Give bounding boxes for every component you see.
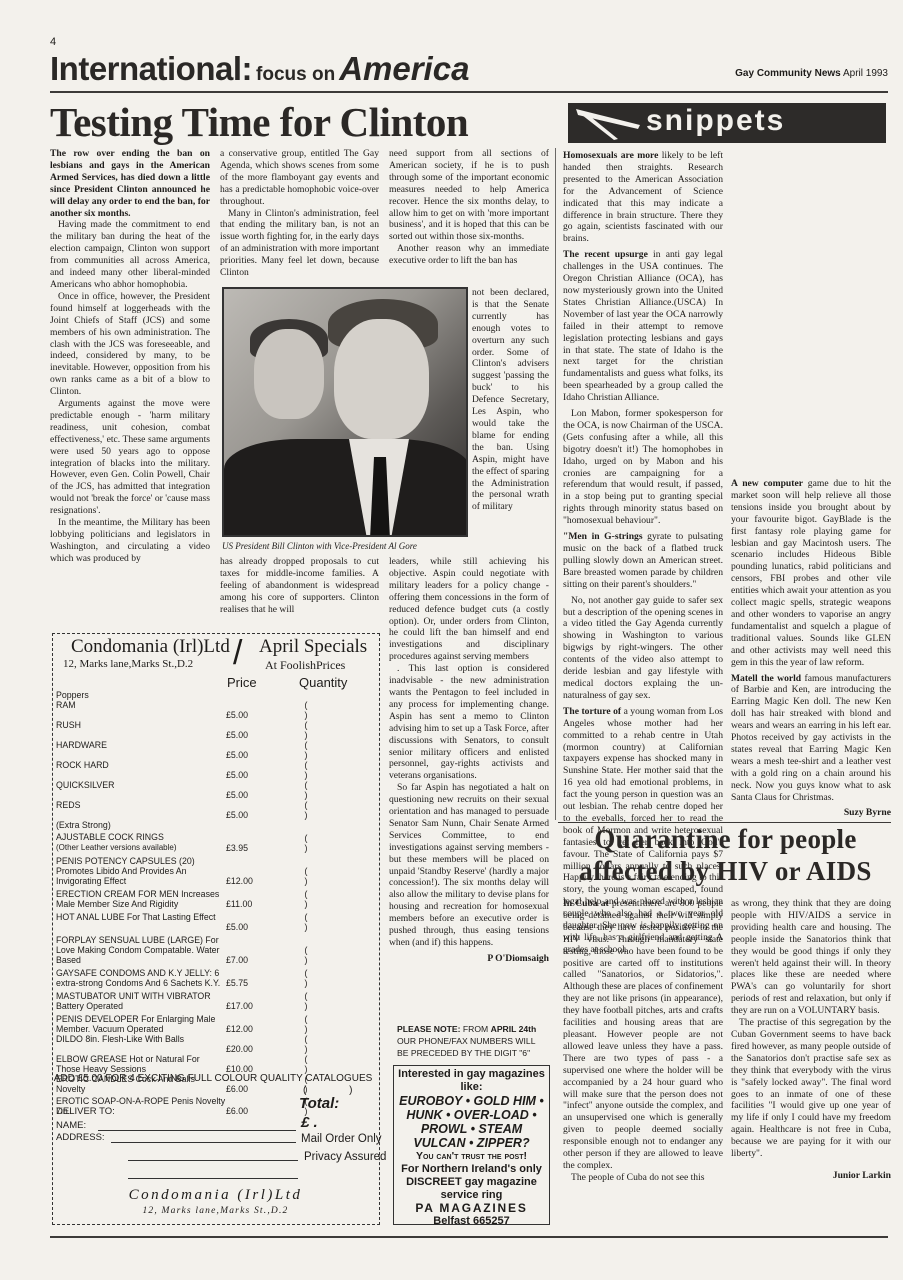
product-row: HARDWARE£5.00( ) bbox=[56, 740, 376, 760]
paragraph: The practise of this segregation by the … bbox=[731, 1017, 891, 1160]
name-label: NAME: bbox=[56, 1120, 86, 1131]
product-row: FORPLAY SENSUAL LUBE (LARGE) For Love Ma… bbox=[56, 935, 376, 965]
quantity-field[interactable]: ( ) bbox=[286, 991, 346, 1011]
paragraph: In Cuba at present there are 800 people … bbox=[563, 898, 723, 1172]
column-divider bbox=[555, 148, 556, 820]
paragraph: Many in Clinton's administration, feel t… bbox=[220, 208, 379, 279]
phone-notice: PLEASE NOTE: FROM APRIL 24th OUR PHONE/F… bbox=[397, 1023, 547, 1059]
masthead: Gay Community News April 1993 bbox=[735, 68, 888, 79]
snippet: Matell the world famous manufacturers of… bbox=[731, 673, 891, 804]
name-field[interactable] bbox=[98, 1130, 296, 1131]
product-row: GAYSAFE CONDOMS AND K.Y JELLY: 6 extra-s… bbox=[56, 968, 376, 988]
main-article-col3-top: need support from all sections of Americ… bbox=[389, 148, 549, 267]
snippet: A new computer game due to hit the marke… bbox=[731, 478, 891, 669]
section-header: International: focus on America bbox=[50, 50, 670, 88]
notice-prefix: PLEASE NOTE: bbox=[397, 1024, 461, 1034]
address-label: ADDRESS: bbox=[56, 1132, 105, 1143]
snippet: No, not another gay guide to safer sex b… bbox=[563, 595, 723, 702]
product-row: MASTUBATOR UNIT WITH VIBRATOR Battery Op… bbox=[56, 991, 376, 1011]
quantity-header: Quantity bbox=[299, 675, 347, 690]
specials-subtitle: At FoolishPrices bbox=[265, 658, 345, 673]
product-row: HOT ANAL LUBE For That Lasting Effect£5.… bbox=[56, 912, 376, 932]
condomania-order-form: Condomania (Irl)Ltd 12, Marks lane,Marks… bbox=[52, 633, 380, 1225]
paragraph: In the meantime, the Military has been l… bbox=[50, 517, 210, 565]
snippets-banner: snippets bbox=[568, 103, 886, 143]
quantity-field[interactable]: ( ) bbox=[286, 740, 346, 760]
paragraph: has already dropped proposals to cut tax… bbox=[220, 556, 379, 616]
main-article-col1: The row over ending the ban on lesbians … bbox=[50, 148, 210, 565]
snippet-continuation: The torture of a young woman from Los An… bbox=[731, 150, 891, 474]
notice-text: FROM bbox=[463, 1024, 488, 1034]
notice-rest: OUR PHONE/FAX NUMBERS WILL BE PRECEDED B… bbox=[397, 1036, 535, 1058]
shop-name: Condomania (Irl)Ltd bbox=[71, 636, 230, 658]
paragraph: The people of Cuba do not see this bbox=[563, 1172, 723, 1184]
product-row: (Extra Strong) bbox=[56, 820, 376, 830]
quantity-field[interactable]: ( ) bbox=[286, 968, 346, 988]
paragraph: Once in office, however, the President f… bbox=[50, 291, 210, 398]
section-region: America bbox=[339, 50, 469, 87]
quantity-field[interactable]: ( ) bbox=[286, 866, 346, 886]
quantity-field[interactable]: ( ) bbox=[286, 780, 346, 800]
price-header: Price bbox=[227, 675, 257, 690]
pa-magazines-ad: Interested in gay magazines like: EUROBO… bbox=[393, 1065, 550, 1225]
product-row: QUICKSILVER£5.00( ) bbox=[56, 780, 376, 800]
shop-address: 12, Marks lane,Marks St.,D.2 bbox=[63, 658, 193, 670]
snippets-col2: The torture of a young woman from Los An… bbox=[731, 150, 891, 820]
address-field-line2[interactable] bbox=[128, 1160, 298, 1161]
catalogue-offer: ADD £5.00 FOR 4 EXCITING FULL COLOUR QUA… bbox=[53, 1072, 373, 1085]
main-article-col2-bottom: has already dropped proposals to cut tax… bbox=[220, 556, 379, 616]
ad-intro: Interested in gay magazines like: bbox=[394, 1068, 549, 1094]
divider-slash: / bbox=[233, 634, 242, 673]
ad-name: PA MAGAZINES bbox=[394, 1202, 549, 1215]
product-row: RUSH£5.00( ) bbox=[56, 720, 376, 740]
main-article-byline: P O'Diomsaigh bbox=[389, 953, 549, 965]
specials-title: April Specials bbox=[259, 636, 367, 658]
quantity-field[interactable]: ( ) bbox=[286, 720, 346, 740]
product-row: REDS£5.00( ) bbox=[56, 800, 376, 820]
product-list: Poppers RAM£5.00( ) RUSH£5.00( ) HARDWAR… bbox=[56, 690, 376, 1116]
total-field[interactable]: £ . bbox=[301, 1114, 318, 1131]
paragraph: leaders, while still achieving his objec… bbox=[389, 556, 549, 663]
ad-titles: EUROBOY • GOLD HIM • HUNK • OVER-LOAD • … bbox=[394, 1094, 549, 1150]
ad-pitch: For Northern Ireland's only DISCREET gay… bbox=[394, 1163, 549, 1202]
paragraph: . This last option is considered inadvis… bbox=[389, 663, 549, 782]
paragraph: not been declared, is that the Senate cu… bbox=[472, 287, 549, 513]
product-row: PENIS DEVELOPER For Enlarging Male Membe… bbox=[56, 1014, 376, 1034]
snippets-label: snippets bbox=[646, 104, 785, 138]
paragraph: Arguments against the move were predicta… bbox=[50, 398, 210, 517]
issue-date: April 1993 bbox=[843, 68, 888, 79]
privacy-note: Privacy Assured bbox=[304, 1151, 386, 1163]
publication-name: Gay Community News bbox=[735, 68, 841, 79]
address-field-line3[interactable] bbox=[128, 1178, 298, 1179]
quantity-field[interactable]: ( ) bbox=[286, 700, 346, 720]
paragraph: as wrong, they think that they are doing… bbox=[731, 898, 891, 1017]
product-row: AJUSTABLE COCK RINGS(Other Leather versi… bbox=[56, 832, 376, 853]
quantity-field[interactable]: ( ) bbox=[286, 1054, 346, 1074]
section-title: International: bbox=[50, 50, 252, 87]
clinton-gore-photo bbox=[222, 287, 468, 537]
paragraph: Having made the commitment to end the mi… bbox=[50, 219, 210, 290]
footer-rule bbox=[50, 1236, 888, 1238]
notice-date: APRIL 24th bbox=[491, 1024, 537, 1034]
snippet: "Men in G-strings gyrate to pulsating mu… bbox=[563, 531, 723, 591]
quarantine-headline: Quarantine for people affected by HIV or… bbox=[558, 823, 893, 887]
main-article-col2-top: a conservative group, entitled The Gay A… bbox=[220, 148, 379, 279]
main-article-lead: The row over ending the ban on lesbians … bbox=[50, 148, 210, 219]
product-row: DILDO 8in. Flesh-Like With Balls£20.00( … bbox=[56, 1034, 376, 1054]
ad-contact: Belfast 665257 bbox=[394, 1215, 549, 1228]
paragraph: Another reason why an immediate executiv… bbox=[389, 243, 549, 267]
snippet: The recent upsurge in anti gay legal cha… bbox=[563, 249, 723, 404]
product-row: Poppers bbox=[56, 690, 376, 700]
quantity-field[interactable]: ( ) bbox=[286, 889, 346, 909]
product-row: PENIS POTENCY CAPSULES (20) Promotes Lib… bbox=[56, 856, 376, 886]
product-row: ELBOW GREASE Hot or Natural For Those He… bbox=[56, 1054, 376, 1074]
footer-shop-name: Condomania (Irl)Ltd bbox=[53, 1187, 378, 1204]
ad-warning: You can't trust the post! bbox=[394, 1150, 549, 1163]
quantity-field[interactable]: ( ) bbox=[286, 1034, 346, 1054]
header-rule bbox=[50, 91, 888, 93]
snippet: Homosexuals are more likely to be left h… bbox=[563, 150, 723, 245]
total-label: Total: bbox=[299, 1095, 339, 1112]
address-field-line1[interactable] bbox=[111, 1142, 296, 1143]
quantity-field[interactable]: ( ) bbox=[286, 945, 346, 965]
main-article-beside-photo: not been declared, is that the Senate cu… bbox=[472, 287, 549, 513]
quantity-field[interactable]: ( ) bbox=[286, 760, 346, 780]
snippet: Lon Mabon, former spokesperson for the O… bbox=[563, 408, 723, 527]
product-row: RAM£5.00( ) bbox=[56, 700, 376, 720]
quantity-field[interactable]: ( ) bbox=[286, 800, 346, 820]
quantity-field[interactable]: ( ) bbox=[286, 833, 346, 853]
quarantine-col1: In Cuba at present there are 800 people … bbox=[563, 898, 723, 1184]
lightning-slash-icon bbox=[574, 105, 644, 141]
quantity-field[interactable]: ( ) bbox=[286, 1014, 346, 1034]
paragraph: So far Aspin has negotiated a halt on qu… bbox=[389, 782, 549, 949]
paragraph: a conservative group, entitled The Gay A… bbox=[220, 148, 379, 208]
footer-shop-address: 12, Marks lane,Marks St.,D.2 bbox=[53, 1206, 378, 1216]
section-subtitle: focus on bbox=[256, 64, 335, 85]
main-article-col3-bottom: leaders, while still achieving his objec… bbox=[389, 556, 549, 965]
quarantine-byline: Junior Larkin bbox=[731, 1170, 891, 1182]
product-row: ERECTION CREAM FOR MEN Increases Male Me… bbox=[56, 889, 376, 909]
paragraph: need support from all sections of Americ… bbox=[389, 148, 549, 243]
photo-caption: US President Bill Clinton with Vice-Pres… bbox=[222, 541, 417, 551]
quantity-field[interactable]: ( ) bbox=[286, 912, 346, 932]
product-row: ROCK HARD£5.00( ) bbox=[56, 760, 376, 780]
main-headline: Testing Time for Clinton bbox=[50, 98, 468, 146]
deliver-to-label: DELIVER TO: bbox=[56, 1106, 115, 1117]
mail-order-note: Mail Order Only bbox=[301, 1133, 382, 1145]
snippets-byline: Suzy Byrne bbox=[731, 807, 891, 819]
quarantine-col2: as wrong, they think that they are doing… bbox=[731, 898, 891, 1182]
page-number: 4 bbox=[50, 36, 56, 48]
